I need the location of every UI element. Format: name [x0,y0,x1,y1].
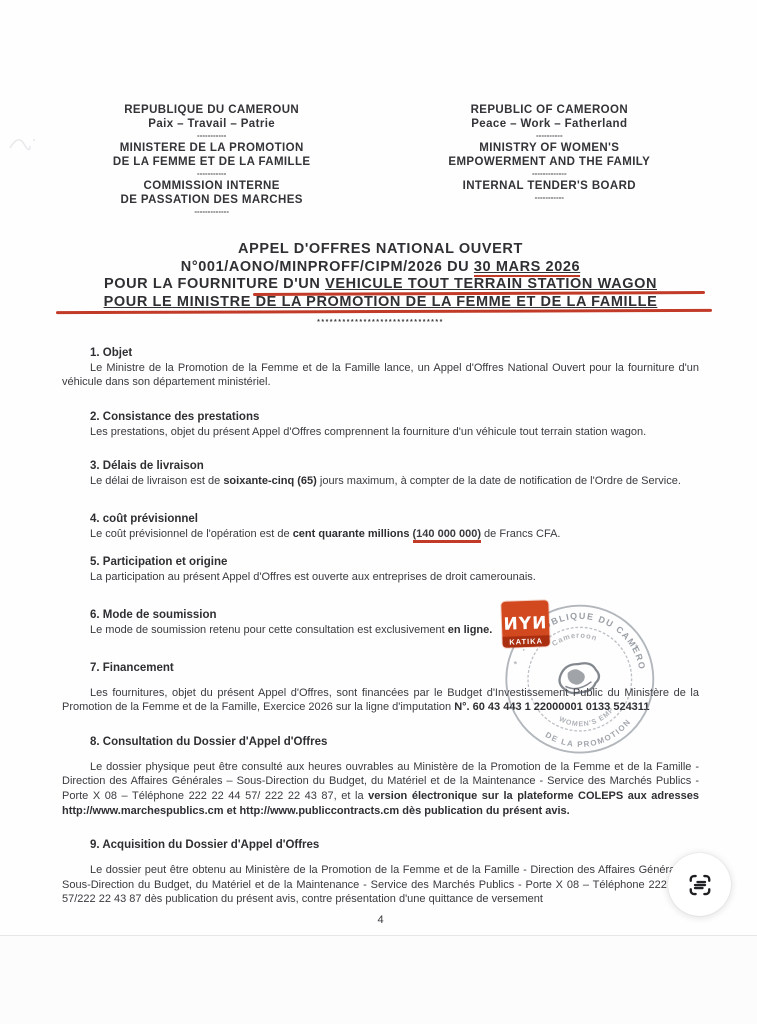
text-scan-icon [685,870,715,900]
photo-divider [0,935,757,936]
section-heading-3: 3. Délais de livraison [90,460,699,472]
letterhead-separator: ------------- [62,207,361,217]
letterhead-line: EMPOWERMENT AND THE FAMILY [400,155,699,169]
letterhead-separator: ----------- [62,169,361,179]
section-heading-1: 1. Objet [90,347,699,359]
title-date: 30 MARS 2026 [474,259,580,277]
letterhead-line: DE PASSATION DES MARCHES [62,193,361,207]
paragraph-text: Le délai de livraison est de [90,475,223,487]
section-paragraph-2: Les prestations, objet du présent Appel … [62,425,699,440]
watermark-logo-text: ИYИ [503,611,548,637]
amount-red-underlined: (140 000 000) [413,528,482,543]
letterhead-line: REPUBLIC OF CAMEROON [400,103,699,117]
section-heading-4: 4. coût prévisionnel [90,513,699,525]
section-paragraph-1: Le Ministre de la Promotion de la Femme … [62,361,699,390]
title-underlined-text: VEHICULE TOUT TERRAIN STATION WAGON [325,276,657,292]
letterhead-line: Peace – Work – Fatherland [400,117,699,131]
paragraph-text: de Francs CFA. [481,528,560,540]
section-heading-8: 8. Consultation du Dossier d'Appel d'Off… [90,736,699,748]
paragraph-bold-text: soixante-cinq (65) [223,475,317,487]
letterhead-line: MINISTERE DE LA PROMOTION [62,141,361,155]
photo-viewer: REPUBLIQUE DU CAMEROUN Paix – Travail – … [0,0,757,936]
letterhead-separator: ------------- [400,169,699,179]
section-paragraph-8: Le dossier physique peut être consulté a… [62,760,699,818]
letterhead-line: COMMISSION INTERNE [62,179,361,193]
letterhead-separator: ----------- [62,131,361,141]
letterhead-line: INTERNAL TENDER'S BOARD [400,179,699,193]
paragraph-bold-text: N°. 60 43 443 1 22000001 0133 524311 [454,701,649,713]
page-number: 4 [62,914,699,926]
letterhead-separator: ---------- [400,131,699,141]
katika-watermark: ИYИ KATIKA [501,600,550,648]
section-paragraph-4: Le coût prévisionnel de l'opération est … [62,527,699,542]
section-heading-6: 6. Mode de soumission [90,609,699,621]
section-paragraph-7: Les fournitures, objet du présent Appel … [62,686,699,715]
title-line-3: POUR LA FOURNITURE D'UN VEHICULE TOUT TE… [62,276,699,294]
paragraph-bold-text: cent quarante millions [293,528,413,540]
document-page: REPUBLIQUE DU CAMEROUN Paix – Travail – … [0,0,757,926]
section-paragraph-3: Le délai de livraison est de soixante-ci… [62,474,699,489]
section-heading-7: 7. Financement [90,662,699,674]
paragraph-text: Le mode de soumission retenu pour cette … [90,624,448,636]
section-heading-2: 2. Consistance des prestations [90,411,699,423]
letterhead: REPUBLIQUE DU CAMEROUN Paix – Travail – … [62,103,699,217]
letterhead-left: REPUBLIQUE DU CAMEROUN Paix – Travail – … [62,103,361,217]
title-line-1: APPEL D'OFFRES NATIONAL OUVERT [62,241,699,259]
letterhead-line: DE LA FEMME ET DE LA FAMILLE [62,155,361,169]
section-paragraph-6: Le mode de soumission retenu pour cette … [62,623,699,638]
paragraph-text: jours maximum, à compter de la date de n… [317,475,681,487]
paragraph-text: Le coût prévisionnel de l'opération est … [90,528,293,540]
section-paragraph-9: Le dossier peut être obtenu au Ministère… [62,863,699,907]
text-scan-button[interactable] [668,853,731,916]
letterhead-separator: ----------- [400,193,699,203]
title-line-2: N°001/AONO/MINPROFF/CIPM/2026 DU 30 MARS… [62,259,699,277]
letterhead-line: MINISTRY OF WOMEN'S [400,141,699,155]
letterhead-right: REPUBLIC OF CAMEROON Peace – Work – Fath… [400,103,699,217]
title-text: POUR LE MINISTRE DE LA PROMOTION DE LA F… [104,294,658,310]
letterhead-line: REPUBLIQUE DU CAMEROUN [62,103,361,117]
title-line-4: POUR LE MINISTRE DE LA PROMOTION DE LA F… [62,294,699,312]
letterhead-line: Paix – Travail – Patrie [62,117,361,131]
section-paragraph-5: La participation au présent Appel d'Offr… [62,570,699,585]
section-heading-9: 9. Acquisition du Dossier d'Appel d'Offr… [90,839,699,851]
pen-smudge [4,128,50,156]
watermark-label: KATIKA [502,635,549,648]
title-reference: N°001/AONO/MINPROFF/CIPM/2026 DU [181,259,474,275]
document-title: APPEL D'OFFRES NATIONAL OUVERT N°001/AON… [62,241,699,332]
title-stars-divider: ****************************** [62,314,699,332]
title-text: POUR LA FOURNITURE D'UN [104,276,325,292]
section-heading-5: 5. Participation et origine [90,556,699,568]
paragraph-bold-text: en ligne. [448,624,493,636]
